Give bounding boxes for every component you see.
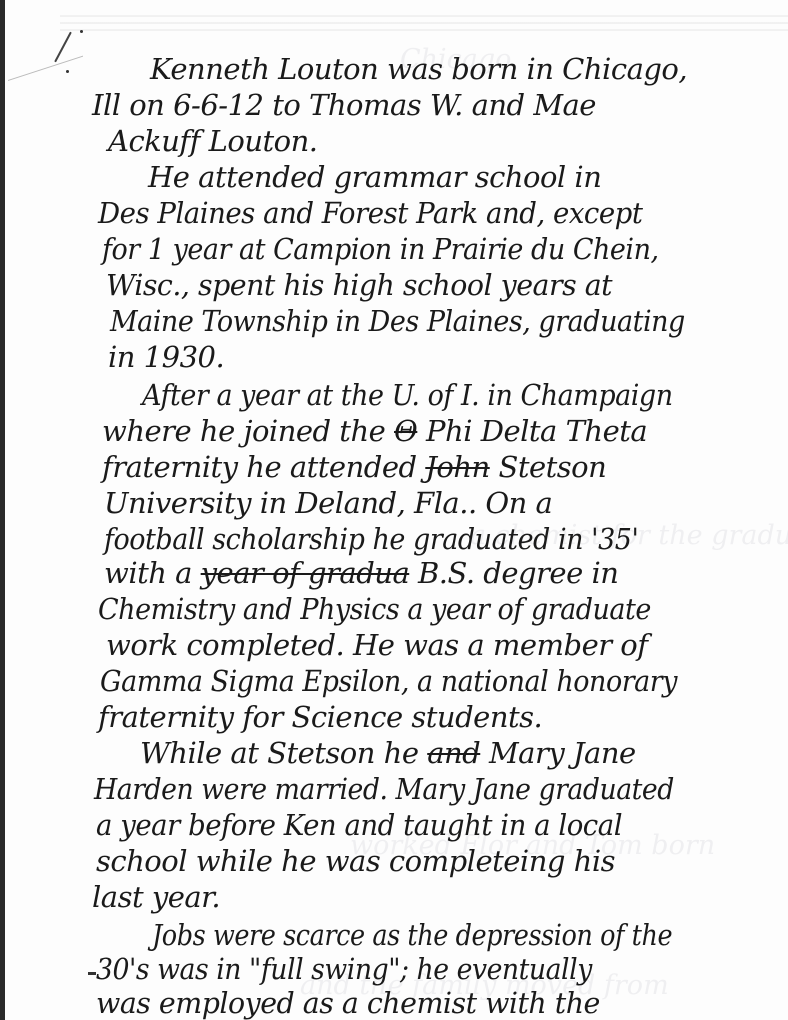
text-fragment: where he joined the [102,414,394,448]
text-line: Maine Township in Des Plaines, graduatin… [110,304,685,338]
text-line: football scholarship he graduated in '35… [104,522,638,556]
text-line: fraternity for Science students. [98,700,542,734]
folded-corner [8,0,83,81]
text-fragment: Stetson [490,450,607,484]
struck-text: John [425,450,489,484]
ink-dot [66,70,69,73]
text-line: 30's was in "full swing"; he eventually [96,952,592,986]
text-fragment: B.S. degree in [409,556,618,590]
text-fragment: with a [104,556,201,590]
text-fragment: fraternity he attended [102,450,425,484]
text-line: school while he was completeing his [96,844,615,878]
text-line: with a year of gradua B.S. degree in [104,556,618,590]
text-fragment: While at Stetson he [140,736,427,770]
text-line: work completed. He was a member of [106,628,648,662]
text-line: Des Plaines and Forest Park and, except [98,196,642,230]
text-line: Chemistry and Physics a year of graduate [98,592,651,626]
text-line: Jobs were scarce as the depression of th… [152,918,672,952]
text-line: a year before Ken and taught in a local [96,808,622,842]
struck-text: Θ [394,414,417,448]
text-line: Harden were married. Mary Jane graduated [94,772,674,806]
text-line: fraternity he attended John Stetson [102,450,606,484]
ink-dot [80,30,83,33]
text-line: University in Deland, Fla.. On a [104,486,552,520]
text-line: where he joined the Θ Phi Delta Theta [102,414,647,448]
text-line: Kenneth Louton was born in Chicago, [150,52,687,86]
text-line: for 1 year at Campion in Prairie du Chei… [102,232,659,266]
text-line: Ill on 6-6-12 to Thomas W. and Mae [92,88,596,122]
text-line: last year. [92,880,220,914]
text-fragment: Mary Jane [480,736,635,770]
scan-left-edge [0,0,5,1020]
struck-text: and [427,736,480,770]
ink-mark [88,972,96,975]
text-line: He attended grammar school in [148,160,601,194]
text-line: After a year at the U. of I. in Champaig… [142,378,673,412]
text-line: Ackuff Louton. [108,124,318,158]
text-line: Wisc., spent his high school years at [106,268,612,302]
scan-artifact-top [60,10,788,34]
text-line: Gamma Sigma Epsilon, a national honorary [100,664,677,698]
text-line: in 1930. [108,340,224,374]
text-line: While at Stetson he and Mary Jane [140,736,636,770]
text-fragment: Phi Delta Theta [417,414,647,448]
struck-text: year of gradua [201,556,410,590]
text-line: was employed as a chemist with the [96,986,600,1020]
